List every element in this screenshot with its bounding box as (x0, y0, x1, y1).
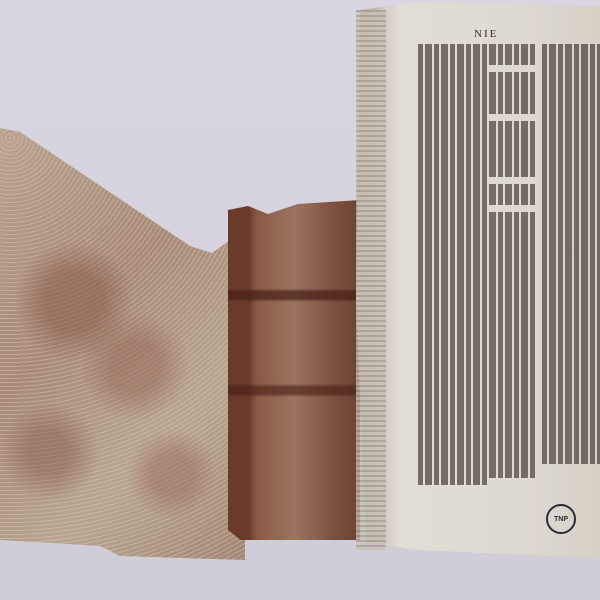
book-front-cover (0, 128, 245, 560)
text-column-right (542, 44, 600, 514)
book-spine (228, 200, 360, 540)
running-head: NIE (474, 28, 498, 40)
photo-background: NIE (0, 0, 600, 600)
printed-page: NIE (418, 28, 600, 518)
text-column-left (418, 44, 536, 514)
library-stamp: TNP (546, 504, 576, 534)
page-edges (356, 10, 386, 550)
